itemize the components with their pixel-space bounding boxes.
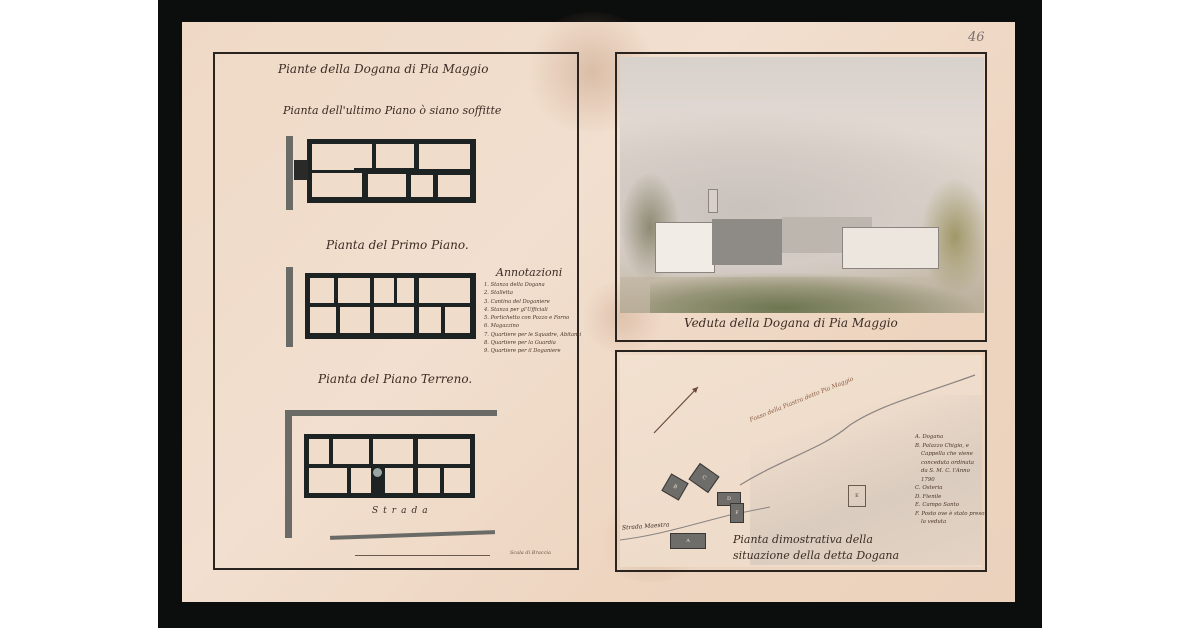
chapel [712,219,782,265]
well-icon [373,468,382,477]
plan-title-first-floor: Pianta del Primo Piano. [326,238,469,252]
map-legend-item: Cappella che viene [915,450,985,459]
bell-tower [708,189,718,213]
map-legend-item: C. Osteria [915,484,985,493]
annotation-item: 4. Stanza per gl'Ufficiali [484,306,582,314]
annotation-item: 9. Quartiere per il Doganiere [484,347,582,355]
annotation-item: 1. Stanza della Dogana [484,281,582,289]
map-legend-item: da S. M. C. l'Anno 1790 [915,467,985,484]
marker-dogana-a: A [670,533,706,549]
left-panel-title: Piante della Dogana di Pia Maggio [278,62,488,76]
view-caption: Veduta della Dogana di Pia Maggio [684,316,898,330]
annotation-item: 7. Quartiere per le Squadre, Abitanti [484,331,582,339]
map-legend: A. Dogana B. Palazzo Chigio, e Cappella … [915,433,985,527]
map-caption-line2: situazione della detta Dogana [733,549,899,562]
map-legend-item: A. Dogana [915,433,985,442]
folio-number: 46 [968,30,985,45]
annotation-item: 6. Magazzino [484,322,582,330]
marker-campo-santo-e: E [848,485,866,507]
annotations-heading: Annotazioni [496,266,582,279]
north-arrow [654,387,698,433]
landscape-view [620,57,984,313]
map-legend-item: D. Fienile [915,493,985,502]
annotations-legend: Annotazioni 1. Stanza della Dogana 2. St… [484,266,582,356]
map-legend-item: E. Campo Santo [915,501,985,510]
annotation-item: 5. Portichetto con Pozzo e Forno [484,314,582,322]
street-label: Strada [372,506,433,516]
plan-title-ground-floor: Pianta del Piano Terreno. [318,372,472,386]
foreground-bushes [650,272,980,313]
plan-title-attic: Pianta dell'ultimo Piano ò siano soffitt… [283,104,501,117]
map-legend-item: B. Palazzo Chigio, e [915,442,985,451]
annotation-item: 8. Quartiere per la Guardia [484,339,582,347]
scale-note: Scala di Braccia [510,550,551,556]
customs-house [655,222,715,273]
map-legend-item: la veduta [915,518,985,527]
farmhouse [842,227,939,269]
map-caption-line1: Pianta dimostrativa della [733,533,873,546]
map-legend-item: F. Posto ove è stato preso [915,510,985,519]
annotation-item: 2. Stalletta [484,289,582,297]
scale-bar [355,555,490,556]
annotation-item: 3. Cantina del Doganiere [484,298,582,306]
marker-building-f: F [730,503,744,523]
map-legend-item: conceduta ordinata [915,459,985,468]
